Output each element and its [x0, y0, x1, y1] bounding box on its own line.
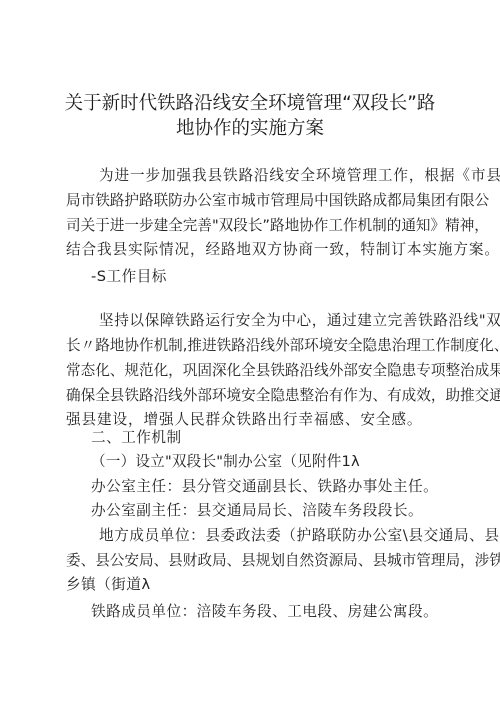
document-page: 关于新时代铁路沿线安全环境管理“双段长”路 地协作的实施方案 为进一步加强我县铁…	[0, 0, 500, 707]
section-1-paragraph-line-4: 确保全县铁路沿线外部环境安全隐患整治有作为、有成效，助推交通	[66, 386, 440, 406]
section-1-paragraph-line-1: 坚持以保障铁路运行安全为中心，通过建立完善铁路沿线"双段	[99, 311, 500, 331]
section-1-paragraph-line-5: 强县建设，增强人民群众铁路出行幸福感、安全感。	[66, 410, 422, 430]
section-1-paragraph-line-3: 常态化、规范化，巩固深化全县铁路沿线外部安全隐患专项整治成果,	[66, 361, 440, 381]
section-1-paragraph-line-2: 长〃路地协作机制,推进铁路沿线外部环境安全隐患治理工作制度化、	[66, 336, 440, 356]
intro-paragraph-line-3: 司关于进一步建全完善"双段长”路地协作工作机制的通知》精神，	[66, 216, 440, 236]
office-deputy-director-line: 办公室副主任：县交通局局长、涪陵车务段段长。	[91, 501, 423, 521]
office-director-line: 办公室主任：县分管交通副县长、铁路办事处主任。	[91, 477, 438, 497]
intro-paragraph-line-1: 为进一步加强我县铁路沿线安全环境管理工作，根据《市县交通	[99, 166, 500, 186]
local-members-line-1: 地方成员单位：县委政法委（护路联防办公室\县交通局、县教	[99, 526, 500, 546]
section-1-heading: -S工作目标	[91, 267, 167, 287]
document-title-line-2: 地协作的实施方案	[60, 116, 440, 141]
intro-paragraph-line-2: 局市铁路护路联防办公室市城市管理局中国铁路成都局集团有限公	[66, 191, 440, 211]
document-title-line-1: 关于新时代铁路沿线安全环境管理“双段长”路	[60, 91, 440, 116]
intro-paragraph-line-4: 结合我县实际情况，经路地双方协商一致，特制订本实施方案。	[66, 240, 500, 260]
section-2-heading: 二、工作机制	[91, 428, 182, 448]
local-members-line-3: 乡镇（街道λ	[66, 575, 151, 595]
local-members-line-2: 委、县公安局、县财政局、县规划自然资源局、县城市管理局，涉铁	[66, 551, 440, 571]
subsection-1-heading: （一）设立"双段长"制办公室（见附件1λ	[91, 452, 360, 472]
railway-members-line: 铁路成员单位：涪陵车务段、工电段、房建公寓段。	[91, 602, 438, 622]
